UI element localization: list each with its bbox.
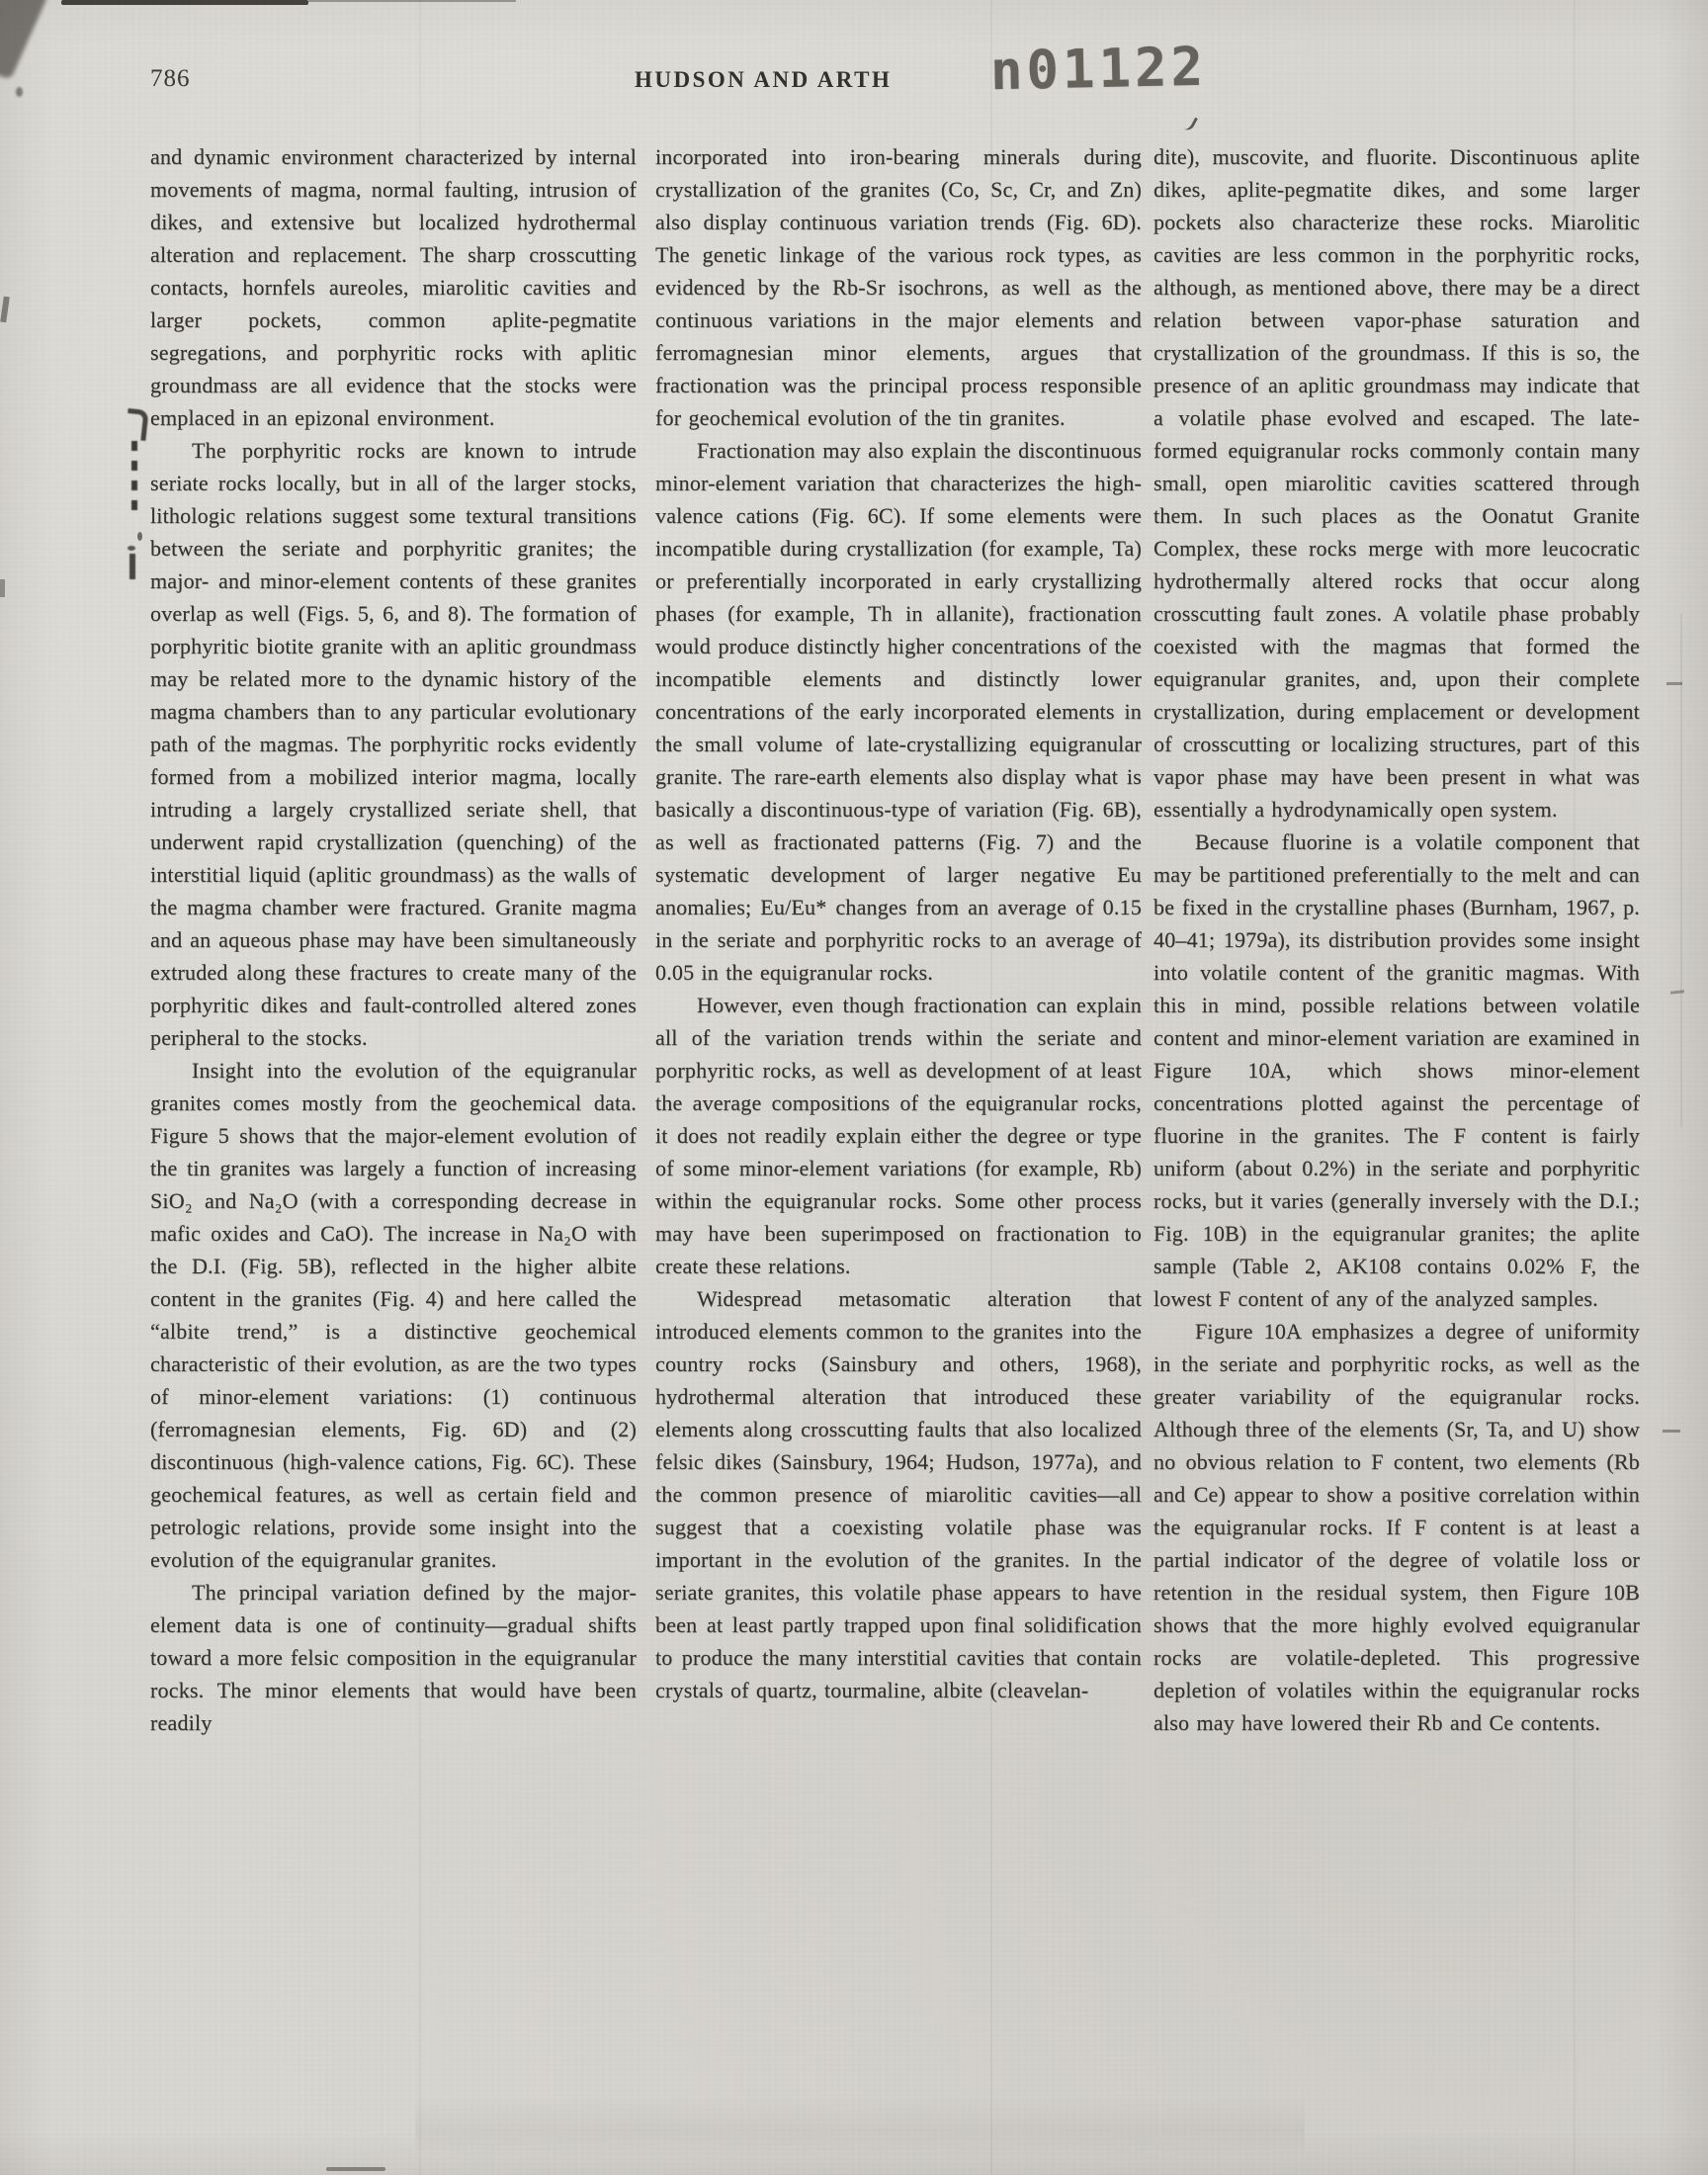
scan-edge-artifact	[61, 0, 308, 5]
scan-edge-artifact	[0, 579, 5, 597]
text-column-3: dite), muscovite, and fluorite. Disconti…	[1153, 140, 1640, 1910]
text-column-1: and dynamic environment characterized by…	[150, 140, 637, 1910]
paragraph: and dynamic environment characterized by…	[150, 140, 637, 434]
page-header: 786 HUDSON AND ARTH n01122	[0, 0, 1708, 138]
paragraph: Insight into the evolution of the equigr…	[150, 1054, 637, 1576]
handwritten-margin-bracket	[125, 408, 148, 441]
paragraph: incorporated into iron-bearing minerals …	[655, 140, 1142, 434]
scan-shadow-band	[415, 2096, 1305, 2155]
handwritten-margin-line	[131, 441, 137, 514]
scanned-paper-page: { "header": { "page_number": "786", "run…	[0, 0, 1708, 2175]
paragraph: The porphyritic rocks are known to intru…	[150, 434, 637, 1054]
margin-dash-artifact	[1663, 1430, 1680, 1433]
handwritten-margin-tick	[129, 554, 135, 579]
ink-dot-artifact	[137, 532, 142, 541]
paragraph: Fractionation may also explain the disco…	[655, 434, 1142, 989]
accession-stamp: n01122	[989, 36, 1207, 103]
paragraph: dite), muscovite, and fluorite. Disconti…	[1153, 140, 1640, 826]
paragraph: The principal variation defined by the m…	[150, 1576, 637, 1739]
scan-edge-artifact	[1680, 613, 1682, 1127]
scan-edge-artifact	[308, 0, 516, 2]
paragraph: However, even though fractionation can e…	[655, 989, 1142, 1282]
paragraph: Because fluorine is a volatile component…	[1153, 826, 1640, 1315]
page-number: 786	[150, 65, 191, 93]
running-head: HUDSON AND ARTH	[635, 67, 892, 93]
ink-dot-artifact	[16, 87, 23, 97]
stamp-pen-mark	[1179, 113, 1198, 132]
text-column-2: incorporated into iron-bearing minerals …	[655, 140, 1142, 1910]
scan-edge-artifact	[326, 2167, 385, 2171]
paragraph: Widespread metasomatic alteration that i…	[655, 1282, 1142, 1706]
paragraph: Figure 10A emphasizes a degree of unifor…	[1153, 1315, 1640, 1739]
